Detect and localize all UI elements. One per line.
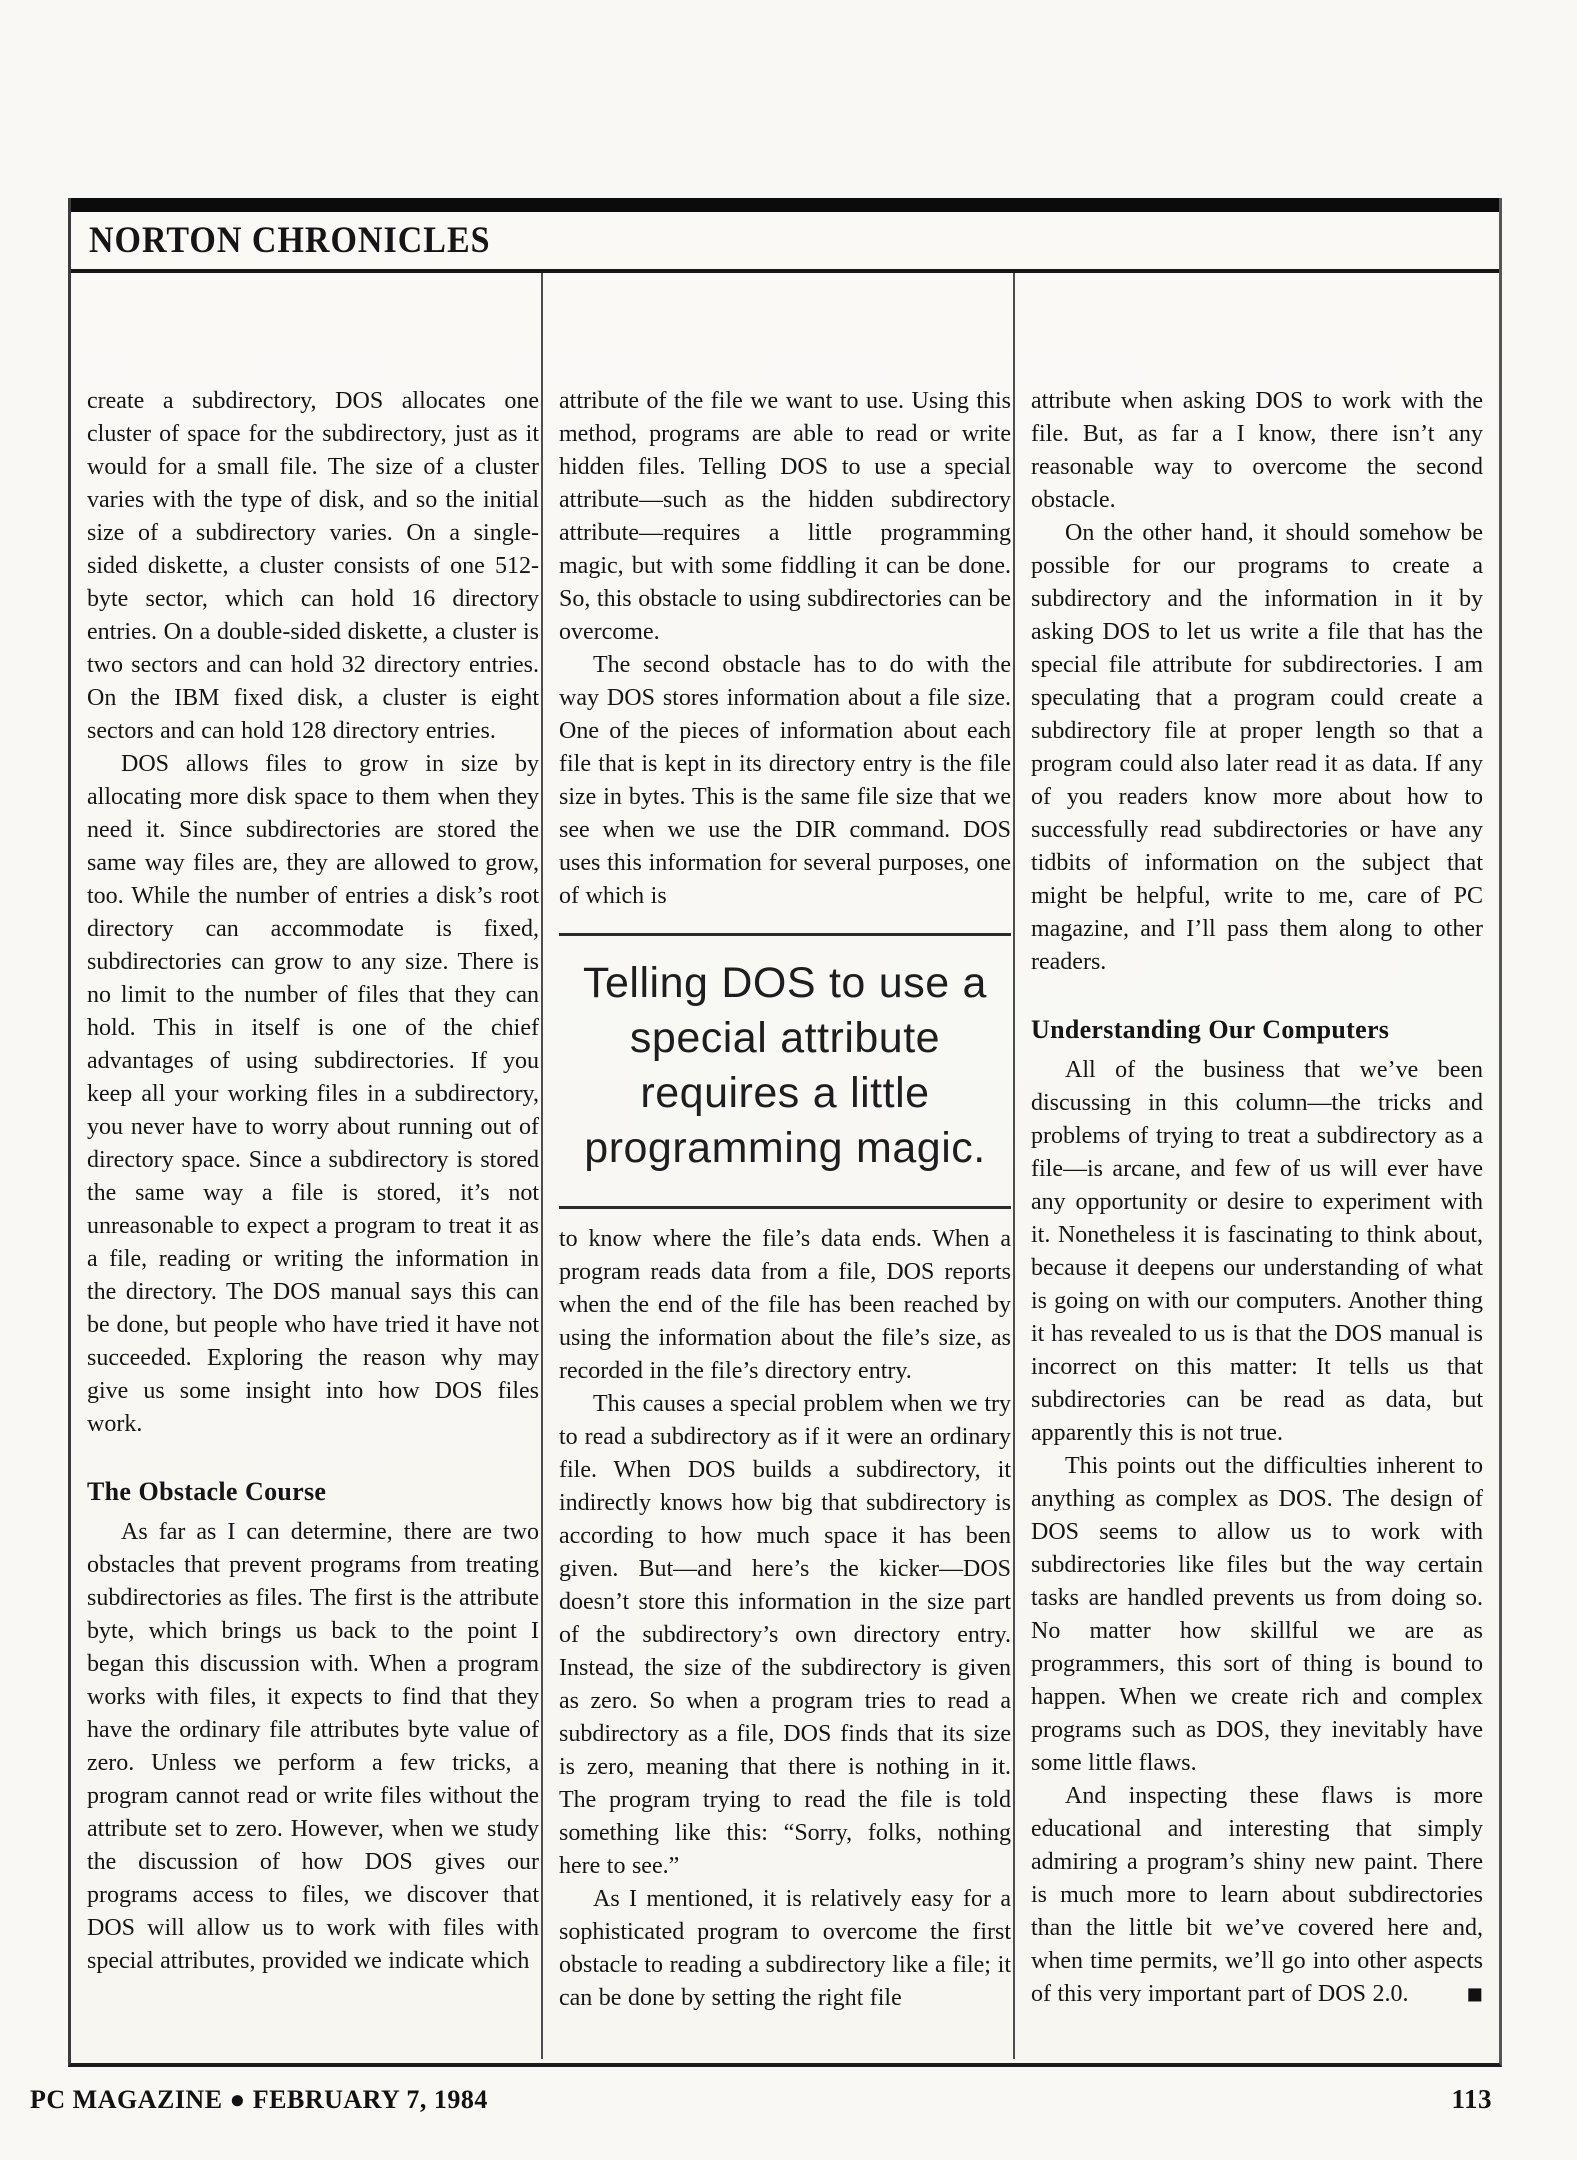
end-of-article-icon: ■ <box>1433 1978 1483 2011</box>
header-top-bar <box>71 198 1499 212</box>
paragraph: As I mentioned, it is relatively easy fo… <box>559 1883 1011 2015</box>
paragraph: to know where the file’s data ends. When… <box>559 1223 1011 1388</box>
column-2: attribute of the file we want to use. Us… <box>559 385 1011 2057</box>
pull-quote: Telling DOS to use a special attribute r… <box>559 933 1011 1209</box>
page-number: 113 <box>1451 2084 1492 2115</box>
section-heading: Understanding Our Computers <box>1031 1013 1483 1046</box>
paragraph: DOS allows files to grow in size by allo… <box>87 748 539 1441</box>
column-divider-left <box>541 273 543 2059</box>
paragraph: All of the business that we’ve been disc… <box>1031 1054 1483 1450</box>
column-divider-right <box>1013 273 1015 2059</box>
paragraph: create a subdirectory, DOS allocates one… <box>87 385 539 748</box>
column-title: NORTON CHRONICLES <box>89 220 491 261</box>
column-3: attribute when asking DOS to work with t… <box>1031 385 1483 2057</box>
magazine-name-date: PC MAGAZINE ● FEBRUARY 7, 1984 <box>30 2085 488 2115</box>
section-heading: The Obstacle Course <box>87 1475 539 1508</box>
article-body: create a subdirectory, DOS allocates one… <box>71 273 1499 2059</box>
article-frame: NORTON CHRONICLES create a subdirectory,… <box>68 198 1502 2067</box>
paragraph: attribute of the file we want to use. Us… <box>559 385 1011 649</box>
paragraph: As far as I can determine, there are two… <box>87 1516 539 1978</box>
paragraph: This points out the difficulties inheren… <box>1031 1450 1483 1780</box>
paragraph: This causes a special problem when we tr… <box>559 1388 1011 1883</box>
paragraph: And inspecting these flaws is more educa… <box>1031 1780 1483 2011</box>
magazine-page: NORTON CHRONICLES create a subdirectory,… <box>0 0 1577 2160</box>
page-footer: PC MAGAZINE ● FEBRUARY 7, 1984 113 <box>30 2084 1492 2115</box>
column-header: NORTON CHRONICLES <box>71 212 1499 273</box>
paragraph: attribute when asking DOS to work with t… <box>1031 385 1483 517</box>
paragraph: The second obstacle has to do with the w… <box>559 649 1011 913</box>
column-1: create a subdirectory, DOS allocates one… <box>87 385 539 2057</box>
paragraph-text: And inspecting these flaws is more educa… <box>1031 1783 1483 2007</box>
paragraph: On the other hand, it should somehow be … <box>1031 517 1483 979</box>
